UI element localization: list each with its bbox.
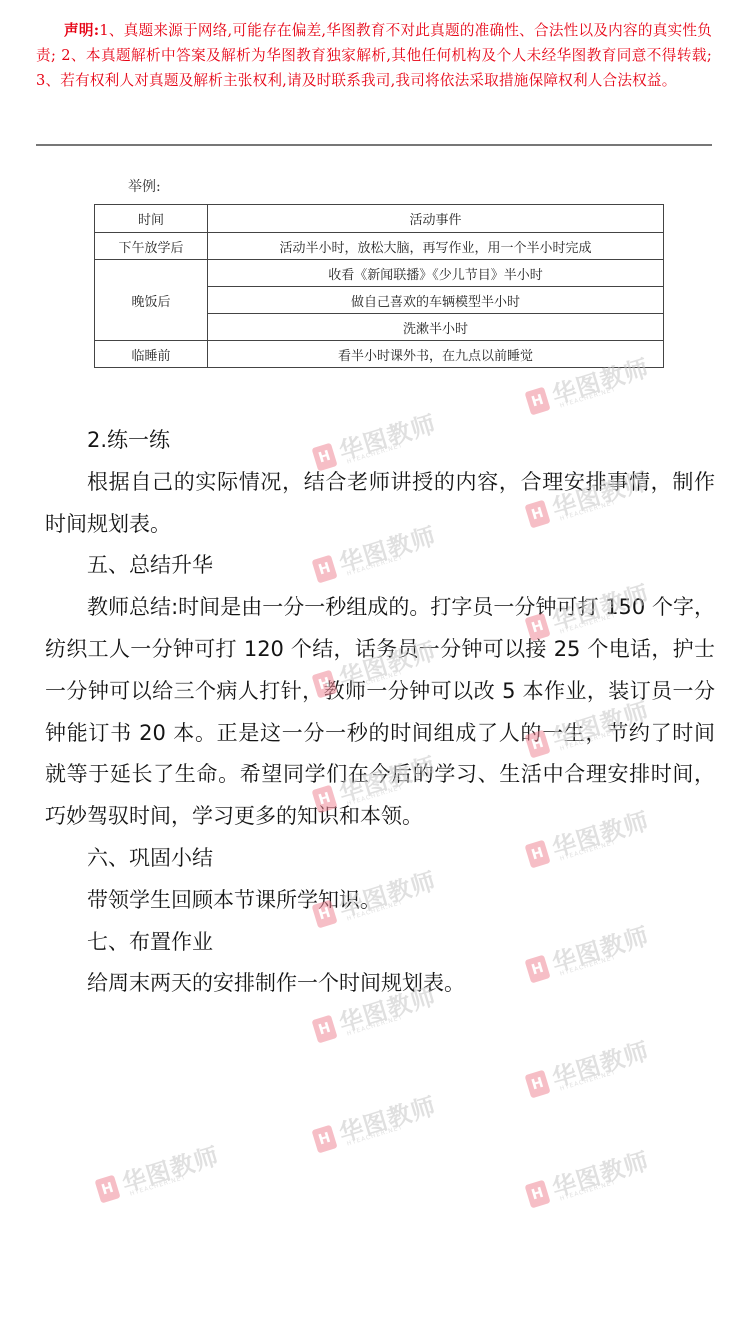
watermark-logo-icon: H — [311, 1015, 337, 1044]
watermark: H华图教师HTEACHER.NET — [524, 1039, 652, 1099]
time-cell: 临睡前 — [95, 341, 208, 368]
section6-heading: 六、巩固小结 — [45, 838, 715, 880]
divider — [36, 144, 712, 146]
lesson-body: 2.练一练 根据自己的实际情况，结合老师讲授的内容，合理安排事情，制作时间规划表… — [45, 420, 715, 1005]
time-cell: 下午放学后 — [95, 233, 208, 260]
table-row: 晚饭后 收看《新闻联播》《少儿节目》半小时 — [95, 260, 664, 287]
schedule-table: 时间 活动事件 下午放学后 活动半小时，放松大脑，再写作业，用一个半小时完成 晚… — [94, 204, 664, 368]
table-row: 下午放学后 活动半小时，放松大脑，再写作业，用一个半小时完成 — [95, 233, 664, 260]
activity-cell: 洗漱半小时 — [208, 314, 664, 341]
watermark-logo-icon: H — [524, 1180, 550, 1209]
watermark: H华图教师HTEACHER.NET — [311, 1094, 439, 1154]
activity-cell: 做自己喜欢的车辆模型半小时 — [208, 287, 664, 314]
practice-heading: 2.练一练 — [45, 420, 715, 462]
section6-text: 带领学生回顾本节课所学知识。 — [45, 880, 715, 922]
section5-text: 教师总结:时间是由一分一秒组成的。打字员一分钟可打 150 个字，纺织工人一分钟… — [45, 587, 715, 838]
watermark-brand: 华图教师 — [550, 1040, 652, 1090]
example-label: 举例: — [128, 176, 161, 196]
section7-text: 给周末两天的安排制作一个时间规划表。 — [45, 963, 715, 1005]
disclaimer: 声明:1、真题来源于网络,可能存在偏差,华图教育不对此真题的准确性、合法性以及内… — [36, 18, 712, 93]
activity-cell: 看半小时课外书，在九点以前睡觉 — [208, 341, 664, 368]
watermark-brand: 华图教师 — [337, 1095, 439, 1145]
activity-cell: 活动半小时，放松大脑，再写作业，用一个半小时完成 — [208, 233, 664, 260]
watermark-logo-icon: H — [311, 1125, 337, 1154]
header-activity: 活动事件 — [208, 205, 664, 233]
time-cell: 晚饭后 — [95, 260, 208, 341]
watermark-logo-icon: H — [524, 387, 550, 416]
header-time: 时间 — [95, 205, 208, 233]
disclaimer-text: 1、真题来源于网络,可能存在偏差,华图教育不对此真题的准确性、合法性以及内容的真… — [36, 22, 712, 89]
table-header-row: 时间 活动事件 — [95, 205, 664, 233]
disclaimer-lead: 声明: — [64, 22, 99, 39]
practice-text: 根据自己的实际情况，结合老师讲授的内容，合理安排事情，制作时间规划表。 — [45, 462, 715, 546]
activity-cell: 收看《新闻联播》《少儿节目》半小时 — [208, 260, 664, 287]
section5-heading: 五、总结升华 — [45, 545, 715, 587]
watermark-brand: 华图教师 — [550, 1150, 652, 1200]
watermark: H华图教师HTEACHER.NET — [94, 1144, 222, 1204]
watermark: H华图教师HTEACHER.NET — [524, 1149, 652, 1209]
watermark-brand: 华图教师 — [120, 1145, 222, 1195]
table-row: 临睡前 看半小时课外书，在九点以前睡觉 — [95, 341, 664, 368]
section7-heading: 七、布置作业 — [45, 922, 715, 964]
watermark-logo-icon: H — [94, 1175, 120, 1204]
watermark-logo-icon: H — [524, 1070, 550, 1099]
